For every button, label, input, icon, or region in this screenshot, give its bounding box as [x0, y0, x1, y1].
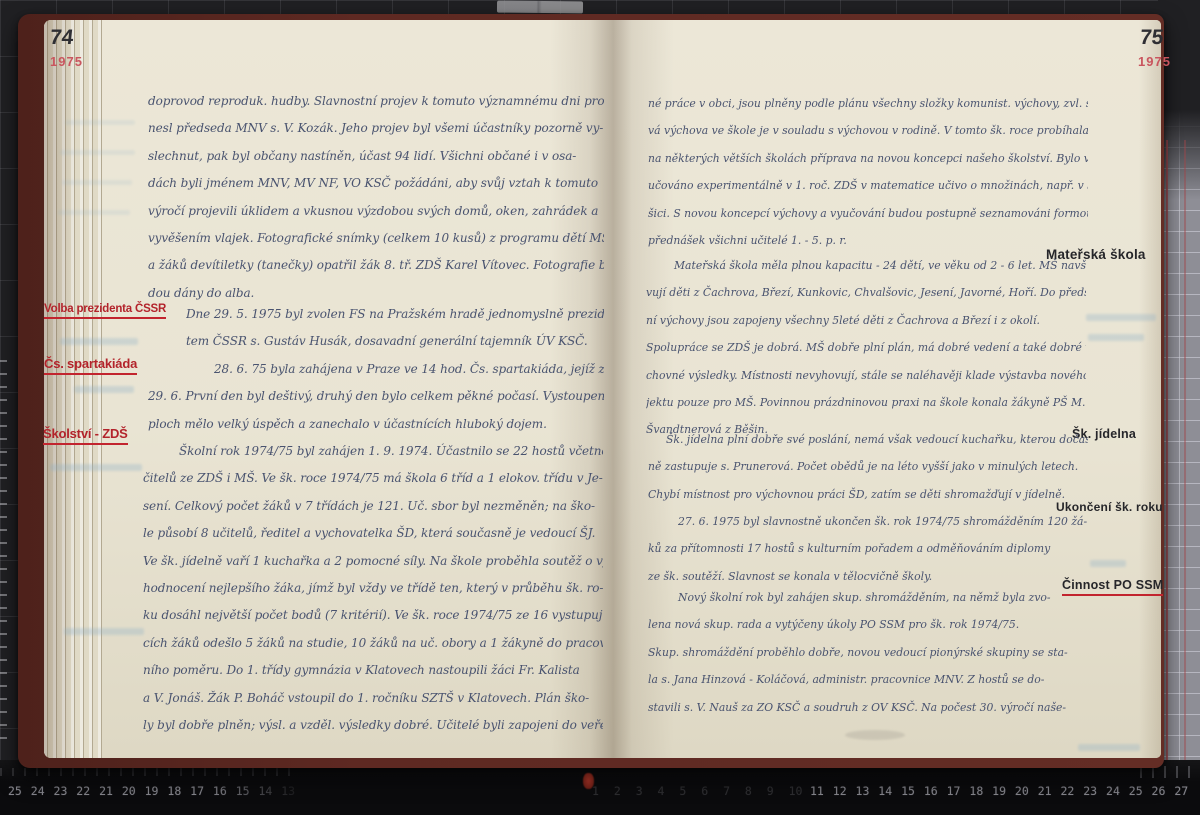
ghost-text: [60, 150, 135, 155]
page-number-right: 75: [1139, 26, 1165, 50]
paragraph-po-ssm: Nový školní rok byl zahájen skup. shromá…: [648, 584, 1088, 721]
paragraph-education-concept: né práce v obci, jsou plněny podle plánu…: [648, 90, 1088, 254]
paragraph-spartakiada: 28. 6. 75 byla zahájena v Praze ve 14 ho…: [148, 356, 604, 438]
content-layer: 74 1975 Volba prezidenta ČSSR Čs. sparta…: [0, 0, 1200, 815]
ghost-text: [1090, 560, 1126, 567]
year-label-left: 1975: [50, 54, 83, 69]
ghost-text: [62, 180, 132, 185]
pencil-mark: [845, 730, 905, 740]
ghost-text: [1088, 334, 1144, 341]
ghost-text: [1078, 744, 1140, 751]
paragraph-ceremony: doprovod reproduk. hudby. Slavnostní pro…: [148, 88, 604, 307]
ghost-text: [1086, 314, 1156, 321]
photo-of-chronicle: { "left_page": { "page_number": "74", "y…: [0, 0, 1200, 815]
margin-heading-spartakiada: Čs. spartakiáda: [44, 356, 137, 375]
margin-heading-skolstvi-zds: Školství - ZDŠ: [43, 426, 128, 445]
ghost-text: [58, 210, 130, 215]
ghost-text: [74, 386, 134, 393]
paragraph-president-election: Dne 29. 5. 1975 byl zvolen FS na Pražské…: [186, 301, 604, 356]
paragraph-school-year-end: 27. 6. 1975 byl slavnostně ukončen šk. r…: [648, 508, 1088, 590]
year-label-right: 1975: [1138, 54, 1171, 69]
ghost-text: [64, 628, 144, 635]
ghost-text: [50, 464, 142, 471]
paragraph-school-canteen: Šk. jídelna plní dobře své poslání, nemá…: [648, 426, 1088, 508]
page-number-left: 74: [49, 26, 75, 50]
ghost-text: [60, 338, 138, 345]
paragraph-school-year: Školní rok 1974/75 byl zahájen 1. 9. 197…: [143, 438, 603, 739]
ghost-text: [65, 120, 135, 125]
paragraph-kindergarten: Mateřská škola měla plnou kapacitu - 24 …: [646, 252, 1086, 444]
